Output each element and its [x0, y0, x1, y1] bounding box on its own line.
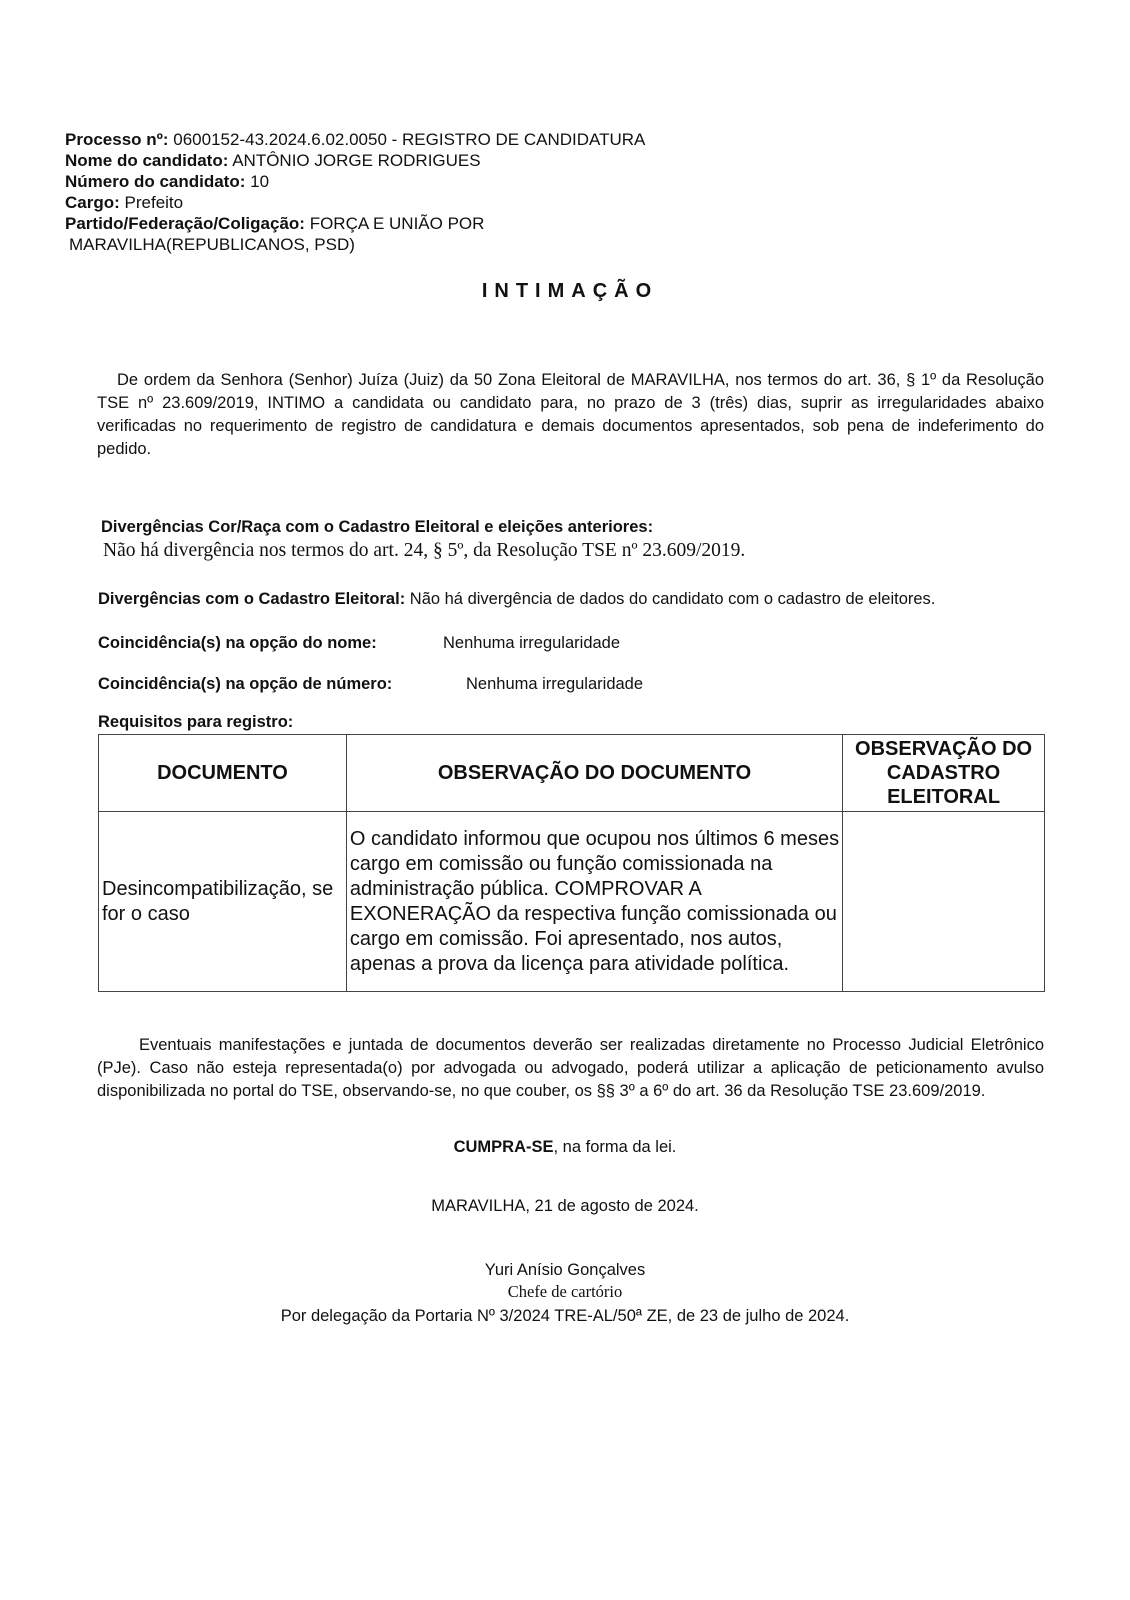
header-observacao-cadastro: OBSERVAÇÃO DO CADASTRO ELEITORAL — [843, 735, 1045, 812]
partido-line-2: MARAVILHA(REPUBLICANOS, PSD) — [65, 234, 645, 255]
closing-paragraph: Eventuais manifestações e juntada de doc… — [97, 1034, 1044, 1103]
coincidencia-nome-label: Coincidência(s) na opção do nome: — [98, 634, 377, 653]
cor-raca-label: Divergências Cor/Raça com o Cadastro Ele… — [101, 518, 653, 537]
table-header-row: DOCUMENTO OBSERVAÇÃO DO DOCUMENTO OBSERV… — [99, 735, 1045, 812]
document-title: INTIMAÇÃO — [0, 280, 1130, 303]
nome-line: Nome do candidato: ANTÔNIO JORGE RODRIGU… — [65, 150, 645, 171]
table-row: Desincompatibilização, se for o caso O c… — [99, 812, 1045, 992]
header-observacao-documento: OBSERVAÇÃO DO DOCUMENTO — [346, 735, 842, 812]
cell-observacao-cadastro — [843, 812, 1045, 992]
cumpra-se-line: CUMPRA-SE, na forma da lei. — [0, 1138, 1130, 1157]
coincidencia-numero-label: Coincidência(s) na opção de número: — [98, 675, 392, 694]
partido-line: Partido/Federação/Coligação: FORÇA E UNI… — [65, 213, 645, 234]
coincidencia-numero-value: Nenhuma irregularidade — [466, 675, 643, 694]
requisitos-table: DOCUMENTO OBSERVAÇÃO DO DOCUMENTO OBSERV… — [98, 734, 1045, 992]
requisitos-label: Requisitos para registro: — [98, 713, 293, 732]
header-documento: DOCUMENTO — [99, 735, 347, 812]
cadastro-divergencia: Divergências com o Cadastro Eleitoral: N… — [98, 590, 935, 609]
signer-role: Chefe de cartório — [0, 1282, 1130, 1302]
cell-observacao-documento: O candidato informou que ocupou nos últi… — [346, 812, 842, 992]
cargo-line: Cargo: Prefeito — [65, 192, 645, 213]
signer-name: Yuri Anísio Gonçalves — [0, 1261, 1130, 1280]
numero-line: Número do candidato: 10 — [65, 171, 645, 192]
place-date: MARAVILHA, 21 de agosto de 2024. — [0, 1197, 1130, 1216]
cor-raca-value: Não há divergência nos termos do art. 24… — [103, 540, 745, 562]
intro-paragraph: De ordem da Senhora (Senhor) Juíza (Juiz… — [97, 369, 1044, 461]
delegation-line: Por delegação da Portaria Nº 3/2024 TRE-… — [0, 1307, 1130, 1326]
processo-line: Processo nº: 0600152-43.2024.6.02.0050 -… — [65, 129, 645, 150]
case-header: Processo nº: 0600152-43.2024.6.02.0050 -… — [65, 129, 645, 255]
cell-documento: Desincompatibilização, se for o caso — [99, 812, 347, 992]
coincidencia-nome-value: Nenhuma irregularidade — [443, 634, 620, 653]
